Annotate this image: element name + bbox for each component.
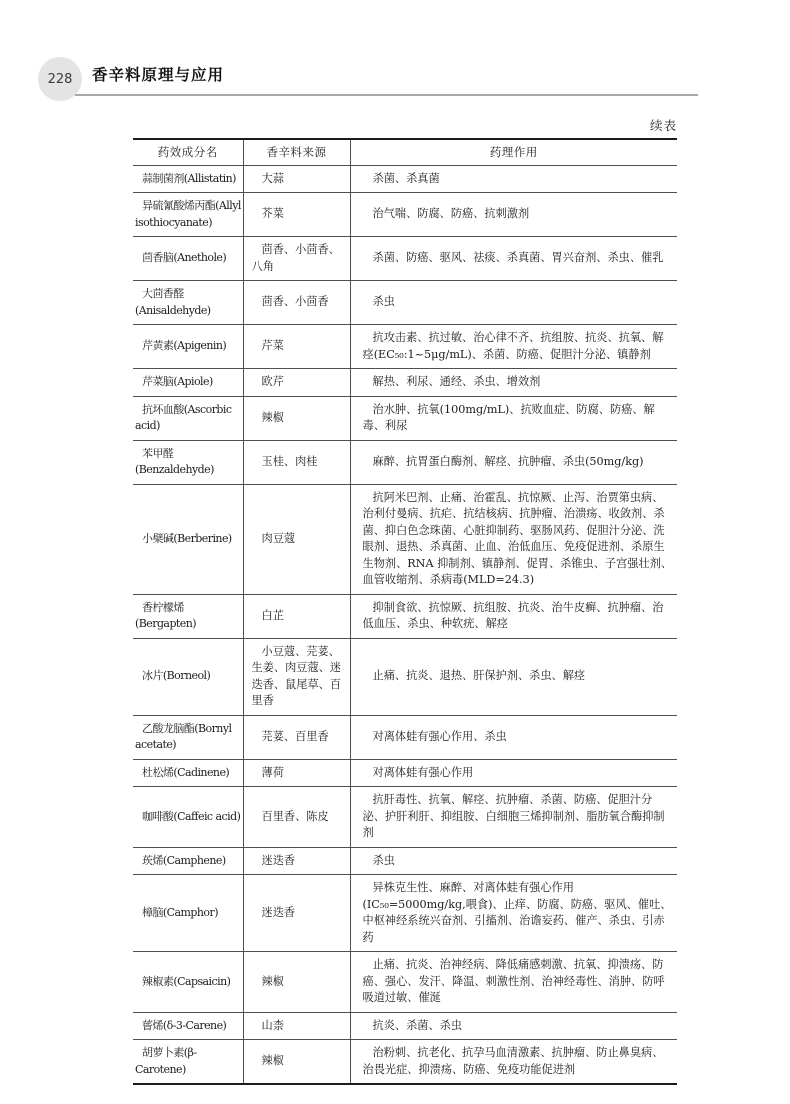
spice-source: 山柰	[243, 1012, 350, 1040]
spice-source: 茴香、小茴香	[243, 281, 350, 325]
spice-source: 辣椒	[243, 1040, 350, 1085]
table-row: 冰片(Borneol) 小豆蔻、芫荽、生姜、肉豆蔻、迷迭香、鼠尾草、百里香 止痛…	[133, 638, 677, 715]
spice-source: 大蒜	[243, 165, 350, 193]
header-spice-source: 香辛料来源	[243, 139, 350, 165]
spice-source: 玉桂、肉桂	[243, 440, 350, 484]
ingredient-name: 樟脑(Camphor)	[133, 875, 243, 952]
pharmacological-effect: 抑制食欲、抗惊厥、抗组胺、抗炎、治牛皮癣、抗肿瘤、治低血压、杀虫、种软疣、解痉	[350, 594, 677, 638]
pharmacological-effect: 异株克生性、麻醉、对离体蛙有强心作用(IC₅₀=5000mg/kg,喂食)、止痒…	[350, 875, 677, 952]
table-row: 樟脑(Camphor) 迷迭香 异株克生性、麻醉、对离体蛙有强心作用(IC₅₀=…	[133, 875, 677, 952]
pharmacological-effect: 抗攻击素、抗过敏、治心律不齐、抗组胺、抗炎、抗氧、解痉(EC₅₀:1~5μg/m…	[350, 325, 677, 369]
ingredient-name: 芹菜脑(Apiole)	[133, 369, 243, 397]
spice-source: 迷迭香	[243, 847, 350, 875]
table-row: 辣椒素(Capsaicin) 辣椒 止痛、抗炎、治神经病、降低痛感刺激、抗氧、抑…	[133, 952, 677, 1013]
pharmacological-effect: 抗阿米巴剂、止痛、治霍乱、抗惊厥、止泻、治贾第虫病、治利付曼病、抗疟、抗结核病、…	[350, 484, 677, 594]
ingredient-name: 异硫氰酸烯丙酯(Allyl isothiocyanate)	[133, 193, 243, 237]
ingredient-name: 大茴香醛(Anisaldehyde)	[133, 281, 243, 325]
pharmacological-effect: 解热、利尿、通经、杀虫、增效剂	[350, 369, 677, 397]
spice-source: 迷迭香	[243, 875, 350, 952]
header-ingredient-name: 药效成分名	[133, 139, 243, 165]
ingredient-name: 蒜制菌剂(Allistatin)	[133, 165, 243, 193]
spice-source: 芥菜	[243, 193, 350, 237]
ingredient-name: 苯甲醛(Benzaldehyde)	[133, 440, 243, 484]
pharmacological-effect: 杀菌、防癌、驱风、祛痰、杀真菌、胃兴奋剂、杀虫、催乳	[350, 237, 677, 281]
pharmacological-effect: 治水肿、抗氧(100mg/mL)、抗败血症、防腐、防癌、解毒、利尿	[350, 396, 677, 440]
pharmacological-effect: 治粉刺、抗老化、抗孕马血清激素、抗肿瘤、防止鼻臭病、治畏光症、抑溃疡、防癌、免疫…	[350, 1040, 677, 1085]
ingredient-name: 乙酸龙脑酯(Bornyl acetate)	[133, 715, 243, 759]
ingredient-name: 抗坏血酸(Ascorbic acid)	[133, 396, 243, 440]
spice-source: 茴香、小茴香、八角	[243, 237, 350, 281]
pharmacological-effect: 止痛、抗炎、退热、肝保护剂、杀虫、解痉	[350, 638, 677, 715]
pharmacological-effect: 麻醉、抗胃蛋白酶剂、解痉、抗肿瘤、杀虫(50mg/kg)	[350, 440, 677, 484]
pharmacological-effect: 抗肝毒性、抗氧、解痉、抗肿瘤、杀菌、防癌、促胆汁分泌、护肝利肝、抑组胺、白细胞三…	[350, 787, 677, 848]
spice-source: 芫荽、百里香	[243, 715, 350, 759]
spice-source: 欧芹	[243, 369, 350, 397]
table-header-row: 药效成分名 香辛料来源 药理作用	[133, 139, 677, 165]
ingredient-name: 咖啡酸(Caffeic acid)	[133, 787, 243, 848]
ingredient-name: 冰片(Borneol)	[133, 638, 243, 715]
table-row: 胡萝卜素(β-Carotene) 辣椒 治粉刺、抗老化、抗孕马血清激素、抗肿瘤、…	[133, 1040, 677, 1085]
book-title: 香辛料原理与应用	[92, 63, 224, 85]
spice-source: 辣椒	[243, 396, 350, 440]
ingredient-name: 莰烯(Camphene)	[133, 847, 243, 875]
spice-source: 小豆蔻、芫荽、生姜、肉豆蔻、迷迭香、鼠尾草、百里香	[243, 638, 350, 715]
table-row: 苯甲醛(Benzaldehyde) 玉桂、肉桂 麻醉、抗胃蛋白酶剂、解痉、抗肿瘤…	[133, 440, 677, 484]
table-row: 大茴香醛(Anisaldehyde) 茴香、小茴香 杀虫	[133, 281, 677, 325]
pharmacological-effect: 对离体蛙有强心作用、杀虫	[350, 715, 677, 759]
spice-source: 百里香、陈皮	[243, 787, 350, 848]
ingredients-table-container: 药效成分名 香辛料来源 药理作用 蒜制菌剂(Allistatin) 大蒜 杀菌、…	[133, 138, 677, 1085]
header-rule	[75, 94, 698, 96]
ingredient-name: 杜松烯(Cadinene)	[133, 759, 243, 787]
spice-source: 肉豆蔻	[243, 484, 350, 594]
table-row: 咖啡酸(Caffeic acid) 百里香、陈皮 抗肝毒性、抗氧、解痉、抗肿瘤、…	[133, 787, 677, 848]
table-row: 香柠檬烯(Bergapten) 白芷 抑制食欲、抗惊厥、抗组胺、抗炎、治牛皮癣、…	[133, 594, 677, 638]
table-row: 芹菜脑(Apiole) 欧芹 解热、利尿、通经、杀虫、增效剂	[133, 369, 677, 397]
table-row: 蒜制菌剂(Allistatin) 大蒜 杀菌、杀真菌	[133, 165, 677, 193]
ingredient-name: 小檗碱(Berberine)	[133, 484, 243, 594]
table-row: 芹黄素(Apigenin) 芹菜 抗攻击素、抗过敏、治心律不齐、抗组胺、抗炎、抗…	[133, 325, 677, 369]
header-pharmacological-effect: 药理作用	[350, 139, 677, 165]
pharmacological-effect: 止痛、抗炎、治神经病、降低痛感刺激、抗氧、抑溃疡、防癌、强心、发汗、降温、刺激性…	[350, 952, 677, 1013]
ingredient-name: 芹黄素(Apigenin)	[133, 325, 243, 369]
pharmacological-effect: 杀菌、杀真菌	[350, 165, 677, 193]
continued-table-label: 续表	[650, 116, 677, 134]
ingredient-name: 茴香脑(Anethole)	[133, 237, 243, 281]
spice-source: 芹菜	[243, 325, 350, 369]
pharmacological-effect: 治气喘、防腐、防癌、抗刺激剂	[350, 193, 677, 237]
table-row: 抗坏血酸(Ascorbic acid) 辣椒 治水肿、抗氧(100mg/mL)、…	[133, 396, 677, 440]
table-row: 茴香脑(Anethole) 茴香、小茴香、八角 杀菌、防癌、驱风、祛痰、杀真菌、…	[133, 237, 677, 281]
pharmacological-effect: 抗炎、杀菌、杀虫	[350, 1012, 677, 1040]
table-row: 乙酸龙脑酯(Bornyl acetate) 芫荽、百里香 对离体蛙有强心作用、杀…	[133, 715, 677, 759]
page-number: 228	[48, 72, 73, 87]
pharmacological-effect: 杀虫	[350, 281, 677, 325]
ingredient-name: 胡萝卜素(β-Carotene)	[133, 1040, 243, 1085]
table-row: 杜松烯(Cadinene) 薄荷 对离体蛙有强心作用	[133, 759, 677, 787]
table-row: 蒈烯(δ-3-Carene) 山柰 抗炎、杀菌、杀虫	[133, 1012, 677, 1040]
table-row: 异硫氰酸烯丙酯(Allyl isothiocyanate) 芥菜 治气喘、防腐、…	[133, 193, 677, 237]
ingredient-name: 蒈烯(δ-3-Carene)	[133, 1012, 243, 1040]
ingredient-name: 香柠檬烯(Bergapten)	[133, 594, 243, 638]
ingredient-name: 辣椒素(Capsaicin)	[133, 952, 243, 1013]
pharmacological-effect: 杀虫	[350, 847, 677, 875]
spice-source: 辣椒	[243, 952, 350, 1013]
ingredients-table: 药效成分名 香辛料来源 药理作用 蒜制菌剂(Allistatin) 大蒜 杀菌、…	[133, 138, 677, 1085]
table-row: 莰烯(Camphene) 迷迭香 杀虫	[133, 847, 677, 875]
spice-source: 白芷	[243, 594, 350, 638]
table-row: 小檗碱(Berberine) 肉豆蔻 抗阿米巴剂、止痛、治霍乱、抗惊厥、止泻、治…	[133, 484, 677, 594]
pharmacological-effect: 对离体蛙有强心作用	[350, 759, 677, 787]
spice-source: 薄荷	[243, 759, 350, 787]
